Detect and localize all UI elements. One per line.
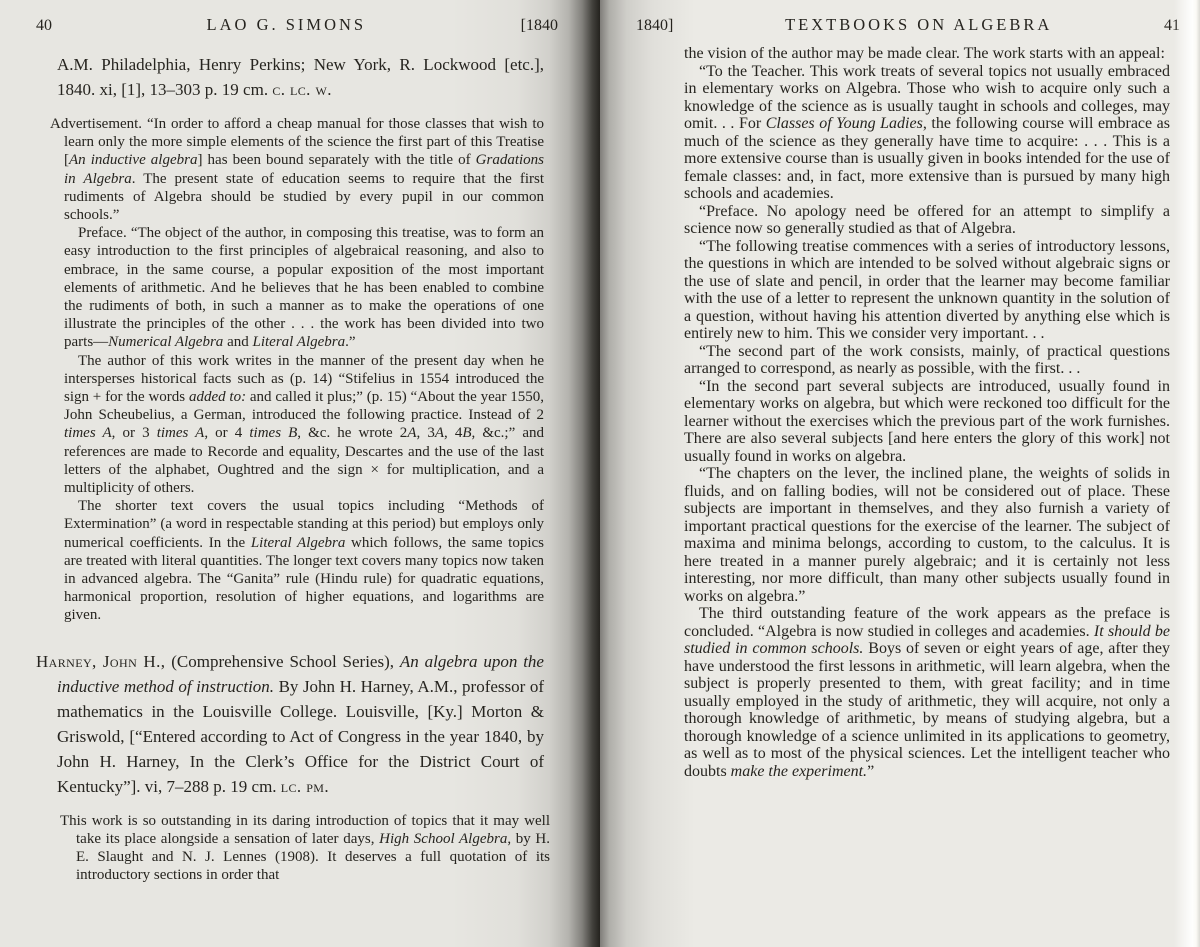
paragraph: “The chapters on the lever, the inclined… — [684, 465, 1170, 605]
italic-text: added to: — [189, 389, 246, 405]
text: . The present state of education seems t… — [64, 171, 544, 223]
text: “In the second part several subjects are… — [684, 378, 1170, 465]
italic-text: times A — [64, 425, 112, 441]
paragraph: A.M. Philadelphia, Henry Perkins; New Yo… — [36, 52, 544, 102]
italic-text: High School Algebra — [379, 831, 507, 847]
italic-text: A — [435, 425, 444, 441]
italic-text: make the experiment. — [731, 763, 867, 780]
text: .” — [345, 334, 355, 350]
paragraph: “The following treatise commences with a… — [684, 238, 1170, 343]
left-page-header: 40 LAO G. SIMONS [1840 — [36, 0, 558, 35]
italic-text: B — [462, 425, 471, 441]
paragraph: The author of this work writes in the ma… — [64, 352, 544, 498]
paragraph: The third outstanding feature of the wor… — [684, 605, 1170, 780]
text: Boys of seven or eight years of age, aft… — [684, 640, 1170, 780]
paragraph: Harney, John H., (Comprehensive School S… — [36, 649, 544, 799]
paragraph: “The second part of the work consists, m… — [684, 343, 1170, 378]
book-spread: 40 LAO G. SIMONS [1840 A.M. Philadelphia… — [0, 0, 1200, 947]
left-page-text: A.M. Philadelphia, Henry Perkins; New Yo… — [0, 52, 600, 885]
italic-text: Literal Algebra — [251, 535, 346, 551]
italic-text: times B — [249, 425, 297, 441]
small-caps-text: Harney, John H., — [36, 652, 165, 671]
text: , or 4 — [204, 425, 249, 441]
paragraph: “Preface. No apology need be offered for… — [684, 203, 1170, 238]
paragraph: “In the second part several subjects are… — [684, 378, 1170, 466]
text: , 3 — [416, 425, 434, 441]
right-running-header: TEXTBOOKS ON ALGEBRA — [673, 15, 1164, 35]
text: “Preface. No apology need be offered for… — [684, 203, 1170, 238]
text: “The chapters on the lever, the inclined… — [684, 465, 1170, 605]
italic-text: times A — [157, 425, 205, 441]
right-page-number: 41 — [1164, 17, 1180, 35]
paragraph: This work is so outstanding in its darin… — [76, 812, 550, 885]
paragraph: Advertisement. “In order to afford a che… — [64, 115, 544, 224]
text: (Comprehensive School Series), — [165, 652, 399, 671]
text: , 4 — [444, 425, 462, 441]
italic-text: An inductive algebra — [69, 152, 197, 168]
italic-text: Classes of Young Ladies — [766, 115, 923, 132]
text: “The second part of the work consists, m… — [684, 343, 1170, 378]
text: and — [223, 334, 252, 350]
right-page: 1840] TEXTBOOKS ON ALGEBRA 41 the vision… — [600, 0, 1200, 947]
paragraph: the vision of the author may be made cle… — [684, 45, 1170, 63]
right-page-text: the vision of the author may be made cle… — [600, 45, 1200, 780]
left-date-marker: [1840 — [521, 17, 558, 35]
right-date-marker: 1840] — [636, 17, 673, 35]
left-running-header: LAO G. SIMONS — [52, 15, 521, 35]
left-page: 40 LAO G. SIMONS [1840 A.M. Philadelphia… — [0, 0, 600, 947]
text: Preface. “The object of the author, in c… — [64, 225, 544, 350]
text: ” — [867, 763, 874, 780]
text: , &c. he wrote 2 — [297, 425, 407, 441]
text: , or 3 — [112, 425, 157, 441]
italic-text: Numerical Algebra — [108, 334, 223, 350]
text: the vision of the author may be made cle… — [684, 45, 1165, 62]
right-page-header: 1840] TEXTBOOKS ON ALGEBRA 41 — [636, 0, 1180, 35]
paragraph: “To the Teacher. This work treats of sev… — [684, 63, 1170, 203]
small-caps-text: c. lc. w. — [272, 80, 332, 99]
small-caps-text: lc. pm. — [281, 777, 329, 796]
paragraph: The shorter text covers the usual topics… — [64, 497, 544, 624]
left-page-number: 40 — [36, 17, 52, 35]
italic-text: Literal Algebra — [252, 334, 345, 350]
text: ] has been bound separately with the tit… — [197, 152, 475, 168]
text: “The following treatise commences with a… — [684, 238, 1170, 343]
paragraph: Preface. “The object of the author, in c… — [64, 224, 544, 351]
